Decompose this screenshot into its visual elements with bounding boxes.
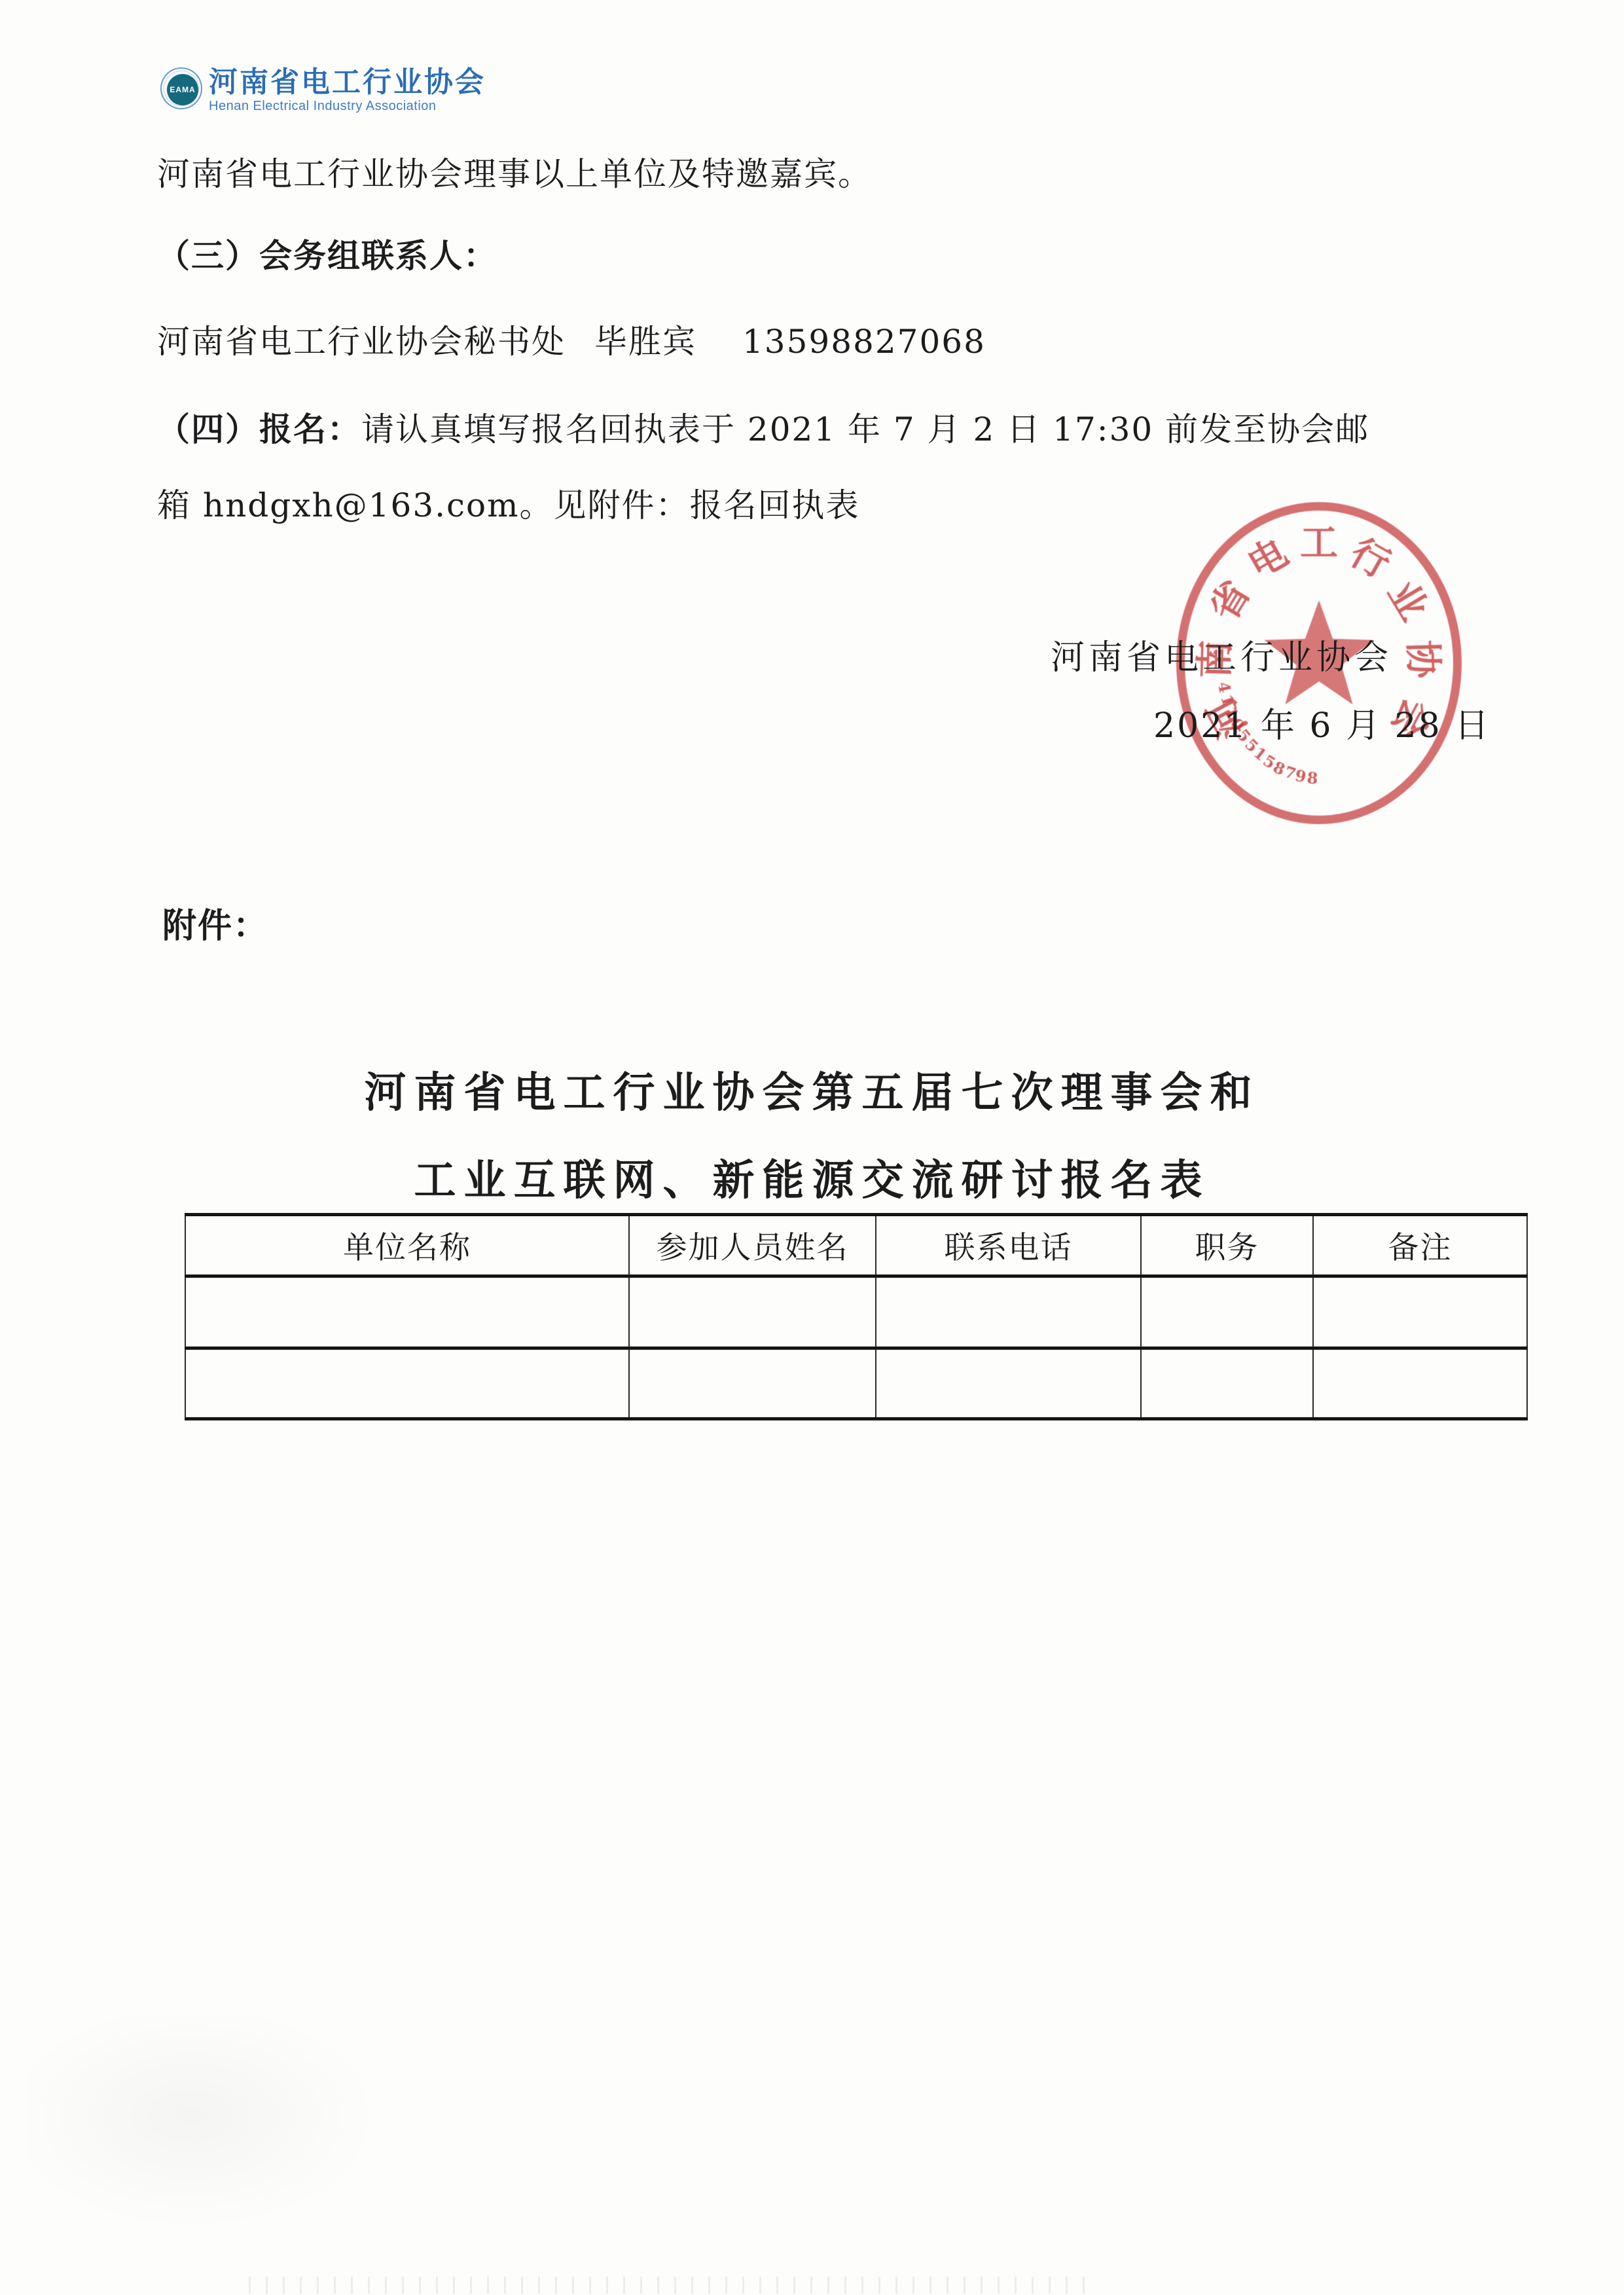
table-cell-empty [876, 1276, 1141, 1348]
document-page: EAMA 河南省电工行业协会 Henan Electrical Industry… [0, 0, 1624, 2295]
table-row [185, 1348, 1527, 1419]
table-header-row: 单位名称 参加人员姓名 联系电话 职务 备注 [185, 1215, 1527, 1276]
registration-table: 单位名称 参加人员姓名 联系电话 职务 备注 [185, 1213, 1528, 1420]
table-cell-empty [1313, 1348, 1527, 1419]
logo-name-english: Henan Electrical Industry Association [209, 99, 486, 114]
table-cell-empty [629, 1348, 876, 1419]
table-cell-empty [1141, 1348, 1313, 1419]
paragraph-guests: 河南省电工行业协会理事以上单位及特邀嘉宾。 [157, 156, 872, 194]
table-cell-empty [1313, 1276, 1527, 1348]
contact-org: 河南省电工行业协会秘书处 [157, 323, 566, 361]
heading-contact-section: （三）会务组联系人： [157, 238, 497, 276]
logo-text: 河南省电工行业协会 Henan Electrical Industry Asso… [209, 67, 486, 114]
column-header-phone: 联系电话 [876, 1215, 1141, 1276]
form-title-line1: 河南省电工行业协会第五届七次理事会和 [0, 1059, 1624, 1119]
attachment-label: 附件： [162, 907, 268, 947]
paragraph-registration: （四）报名：请认真填写报名回执表于 2021 年 7 月 2 日 17:30 前… [157, 411, 1369, 449]
eama-emblem-icon: EAMA [160, 67, 202, 109]
eama-emblem-core: EAMA [167, 74, 198, 105]
column-header-unit-name: 单位名称 [185, 1215, 629, 1276]
table-cell-empty [185, 1276, 629, 1348]
signature-org: 河南省电工行业协会 [1051, 639, 1392, 678]
scan-artifact [26, 2016, 393, 2239]
contact-phone: 13598827068 [742, 323, 986, 361]
table-cell-empty [185, 1348, 629, 1419]
table-cell-empty [1141, 1276, 1313, 1348]
registration-instructions: 请认真填写报名回执表于 2021 年 7 月 2 日 17:30 前发至协会邮 [361, 410, 1369, 448]
table-cell-empty [876, 1348, 1141, 1419]
column-header-participant: 参加人员姓名 [629, 1215, 876, 1276]
paragraph-registration-email: 箱 hndgxh@163.com。见附件：报名回执表 [157, 487, 860, 525]
table-cell-empty [629, 1276, 876, 1348]
association-logo: EAMA 河南省电工行业协会 Henan Electrical Industry… [160, 67, 486, 114]
logo-name-chinese: 河南省电工行业协会 [209, 67, 486, 98]
contact-person: 毕胜宾 [594, 323, 696, 361]
paragraph-contact: 河南省电工行业协会秘书处毕胜宾13598827068 [157, 323, 986, 361]
column-header-position: 职务 [1141, 1215, 1313, 1276]
column-header-remarks: 备注 [1313, 1215, 1527, 1276]
form-title-line2: 工业互联网、新能源交流研讨报名表 [0, 1147, 1624, 1207]
signature-date: 2021 年 6 月 28 日 [1153, 707, 1490, 746]
scan-artifact [249, 2277, 1100, 2294]
heading-registration-label: （四）报名： [157, 411, 361, 448]
table-row [185, 1276, 1527, 1348]
